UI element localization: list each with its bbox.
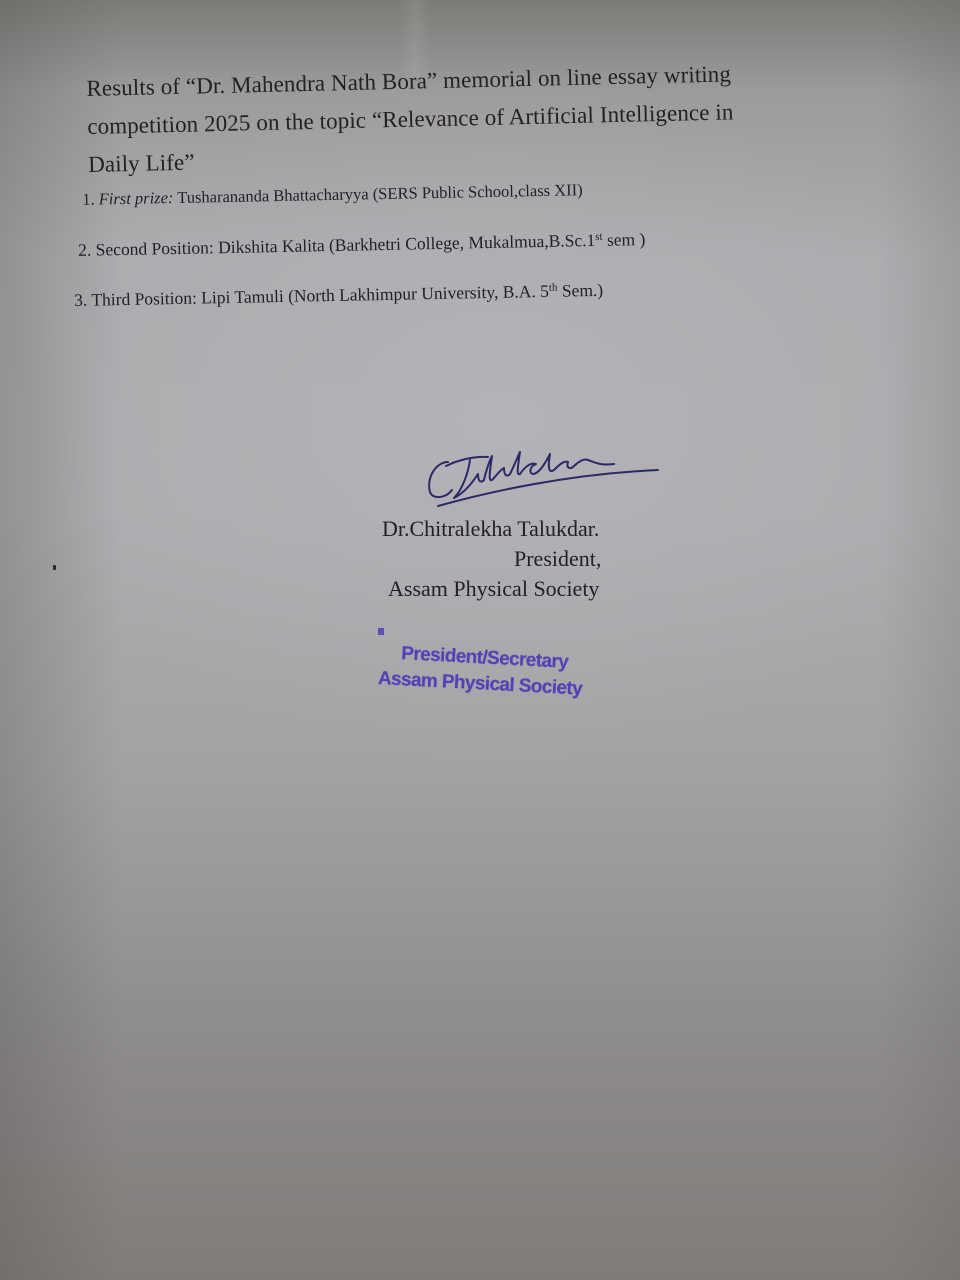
stray-ink-mark (53, 565, 56, 570)
result-number: 1. (82, 190, 95, 209)
official-stamp: President/Secretary Assam Physical Socie… (377, 640, 584, 703)
results-list: 1. First prize: Tusharananda Bhattachary… (72, 173, 835, 338)
result-winner-name: Lipi Tamuli (201, 286, 284, 308)
signatory-organization: Assam Physical Society (382, 574, 601, 604)
signatory-title: President, (382, 544, 601, 574)
paper-shadow-right (880, 0, 960, 1280)
result-detail: (North Lakhimpur University, B.A. 5th Se… (288, 280, 603, 306)
result-winner-name: Tusharananda Bhattacharyya (177, 184, 369, 207)
result-label: Third Position: (91, 288, 197, 310)
result-winner-name: Dikshita Kalita (218, 235, 325, 257)
document-heading: Results of “Dr. Mahendra Nath Bora” memo… (86, 52, 888, 184)
signatory-block: Dr.Chitralekha Talukdar. President, Assa… (382, 514, 601, 604)
result-label: First prize: (99, 188, 174, 208)
result-label: Second Position: (95, 237, 214, 259)
result-detail: (SERS Public School,class XII) (373, 180, 583, 203)
result-number: 3. (74, 290, 88, 310)
result-detail: (Barkhetri College, Mukalmua,B.Sc.1st se… (329, 229, 646, 255)
signatory-name: Dr.Chitralekha Talukdar. (382, 514, 601, 544)
handwritten-signature (418, 440, 668, 510)
stamp-ink-mark (378, 628, 384, 635)
result-number: 2. (78, 240, 92, 260)
